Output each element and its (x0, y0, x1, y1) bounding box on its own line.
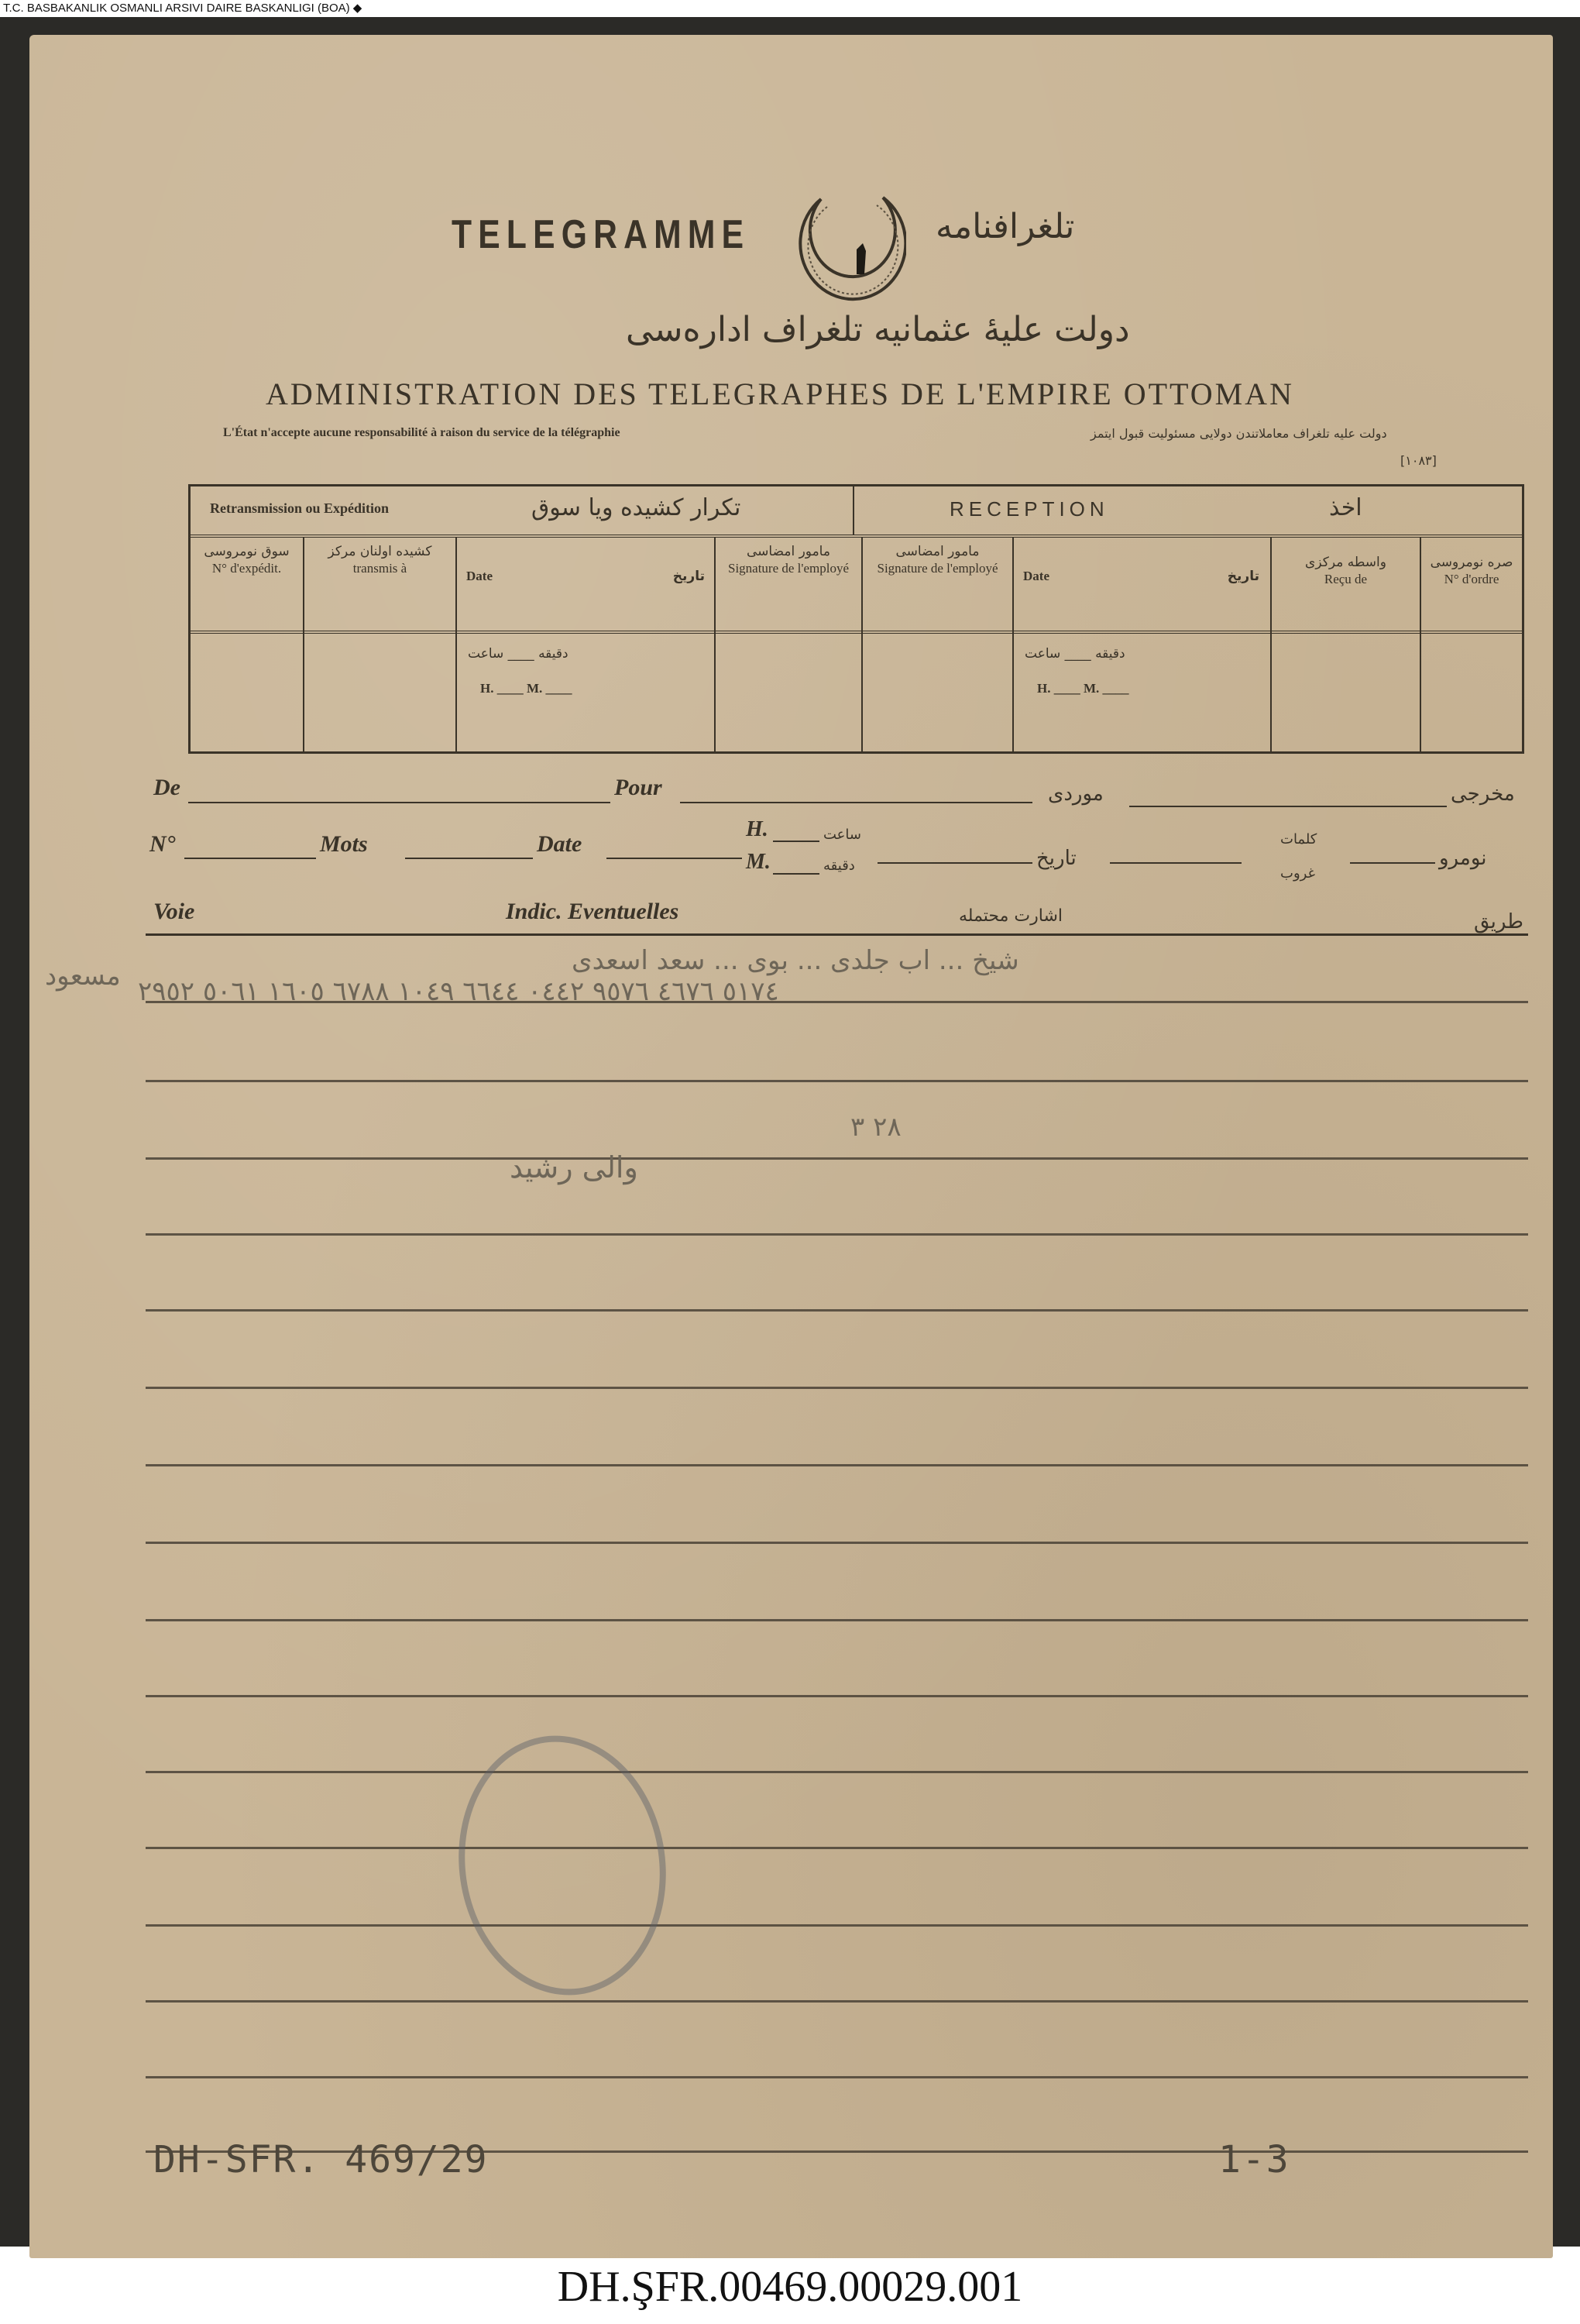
date-label-arabic: تاریخ (1036, 847, 1077, 870)
groups-label-arabic: غروب (1280, 865, 1315, 882)
message-cipher: ٥١٧٤ ٤٦٧٦ ٩٥٧٦ ٠٤٤٢ ٦٦٤٤ ١٠٤٩ ٦٧٨٨ ١٦٠٥ … (138, 976, 779, 1007)
message-line[interactable] (146, 2000, 1528, 2003)
time-field[interactable]: H. ____ M. ____ (480, 681, 572, 696)
table-col-date-received: Date تاریخ دقیقه ____ ساعت H. ____ M. __… (1014, 538, 1272, 751)
message-line[interactable] (146, 1542, 1528, 1544)
col-label: Signature de l'employé (728, 561, 849, 576)
date-label: Date (537, 831, 582, 858)
message-line[interactable] (146, 1387, 1528, 1389)
message-line[interactable] (146, 1695, 1528, 1697)
message-line[interactable] (146, 1771, 1528, 1773)
time-label-arabic: دقیقه ____ ساعت (1025, 646, 1125, 662)
number-field-arabic[interactable] (1350, 862, 1435, 864)
hour-label-arabic: ساعت (823, 827, 861, 843)
time-field[interactable]: H. ____ M. ____ (1037, 681, 1129, 696)
col-label-arabic: کشیده اولنان مرکز (304, 544, 455, 560)
page-number-handwritten: 1-3 (1218, 2138, 1290, 2181)
table-col-date-sent: Date تاریخ دقیقه ____ ساعت H. ____ M. __… (457, 538, 716, 751)
message-line[interactable] (146, 1924, 1528, 1927)
reception-label-arabic: اخذ (1329, 494, 1362, 521)
message-signature-first: مسعود (45, 961, 121, 992)
from-label: De (153, 775, 180, 801)
table-header-row: Retransmission ou Expédition تکرار کشیده… (191, 486, 1522, 538)
col-label: Date (1023, 569, 1049, 584)
col-label-arabic: واسطه مرکزی (1272, 555, 1420, 571)
words-label-arabic: کلمات (1280, 831, 1317, 847)
table-col-expedition-no: سوق نومروسیN° d'expédit. (191, 538, 304, 751)
message-sender-signature: والی رشید (510, 1150, 638, 1184)
receipt-stamp-icon (442, 1722, 682, 2009)
col-label: N° d'ordre (1444, 572, 1499, 586)
col-label: Signature de l'employé (877, 561, 998, 576)
telegram-form: TELEGRAMME تلغرافنامه دولت علیهٔ عثمانیه… (29, 35, 1553, 2258)
number-label: N° (149, 831, 176, 858)
reception-label: RECEPTION (950, 497, 1109, 521)
archive-header: T.C. BASBAKANLIK OSMANLI ARSIVI DAIRE BA… (0, 0, 365, 17)
to-field[interactable] (680, 802, 1032, 803)
from-field[interactable] (188, 802, 610, 803)
message-line[interactable] (146, 1309, 1528, 1312)
message-line[interactable] (146, 1619, 1528, 1621)
col-label-arabic: تاریخ (673, 569, 705, 584)
message-line[interactable] (146, 1233, 1528, 1236)
form-reference: [١٠٨٣] (1400, 453, 1437, 468)
administration-arabic: دولت علیهٔ عثمانیه تلغراف اداره‌سی (626, 310, 1130, 349)
message-line[interactable] (146, 1080, 1528, 1082)
retransmission-label: Retransmission ou Expédition (210, 500, 389, 517)
col-label-arabic: مامور امضاسی (863, 544, 1012, 560)
hour-label: H. (746, 817, 768, 842)
table-col-order-no: صره نومروسیN° d'ordre (1421, 538, 1522, 751)
administration-french: ADMINISTRATION DES TELEGRAPHES DE L'EMPI… (266, 376, 1294, 412)
words-label: Mots (320, 831, 368, 858)
disclaimer-french: L'État n'accepte aucune responsabilité à… (223, 426, 620, 440)
crescent-emblem-icon (790, 184, 906, 315)
transmission-table: Retransmission ou Expédition تکرار کشیده… (188, 484, 1524, 754)
from-label-arabic: مخرجی (1451, 782, 1515, 806)
route-label: Voie (153, 899, 194, 925)
col-label-arabic: صره نومروسی (1421, 555, 1522, 571)
indications-label: Indic. Eventuelles (506, 899, 678, 925)
words-field[interactable] (405, 858, 533, 859)
retransmission-label-arabic: تکرار کشیده ویا سوق (531, 494, 740, 521)
header-separator (146, 933, 1528, 936)
table-col-transmitted-to: کشیده اولنان مرکزtransmis à (304, 538, 457, 751)
number-label-arabic: نومرو (1439, 847, 1487, 870)
disclaimer-arabic: دولت علیه تلغراف معاملاتندن دولایی مسئول… (1091, 426, 1387, 441)
col-label: N° d'expédit. (212, 561, 281, 576)
minute-label: M. (746, 850, 771, 875)
message-words: شیخ ... اب جلدی ... بوی ... سعد اسعدی (572, 945, 1019, 976)
number-field[interactable] (184, 858, 316, 859)
col-label-arabic: سوق نومروسی (191, 544, 303, 560)
date-field-arabic[interactable] (878, 862, 1032, 864)
hour-field[interactable] (773, 841, 819, 842)
table-col-signature-receiver: مامور امضاسیSignature de l'employé (863, 538, 1014, 751)
from-field-arabic[interactable] (1129, 806, 1447, 807)
col-label: transmis à (353, 561, 407, 576)
archive-reference-handwritten: DH-SFR. 469/29 (153, 2138, 489, 2181)
indications-label-arabic: اشارت محتمله (959, 906, 1063, 926)
minute-field[interactable] (773, 873, 819, 875)
header-divider (853, 486, 854, 535)
title-arabic: تلغرافنامه (936, 207, 1074, 246)
col-label-arabic: تاریخ (1228, 569, 1259, 584)
to-label: Pour (614, 775, 662, 801)
title-french: TELEGRAMME (452, 211, 750, 258)
table-col-signature-sender: مامور امضاسیSignature de l'employé (716, 538, 863, 751)
minute-label-arabic: دقیقه (823, 858, 855, 874)
date-field[interactable] (606, 858, 742, 859)
message-date-note: ٢٨ ٣ (850, 1112, 902, 1143)
col-label: Date (466, 569, 493, 584)
words-field-arabic[interactable] (1110, 862, 1242, 864)
table-col-received-from: واسطه مرکزیReçu de (1272, 538, 1421, 751)
time-label-arabic: دقیقه ____ ساعت (468, 646, 568, 662)
to-label-arabic: موردی (1048, 782, 1104, 806)
col-label: Reçu de (1324, 572, 1367, 586)
col-label-arabic: مامور امضاسی (716, 544, 861, 560)
message-line[interactable] (146, 2076, 1528, 2078)
message-line[interactable] (146, 1157, 1528, 1160)
route-label-arabic: طریق (1474, 910, 1523, 933)
message-line[interactable] (146, 1847, 1528, 1849)
document-reference: DH.ŞFR.00469.00029.001 (0, 2262, 1580, 2312)
message-line[interactable] (146, 1464, 1528, 1466)
